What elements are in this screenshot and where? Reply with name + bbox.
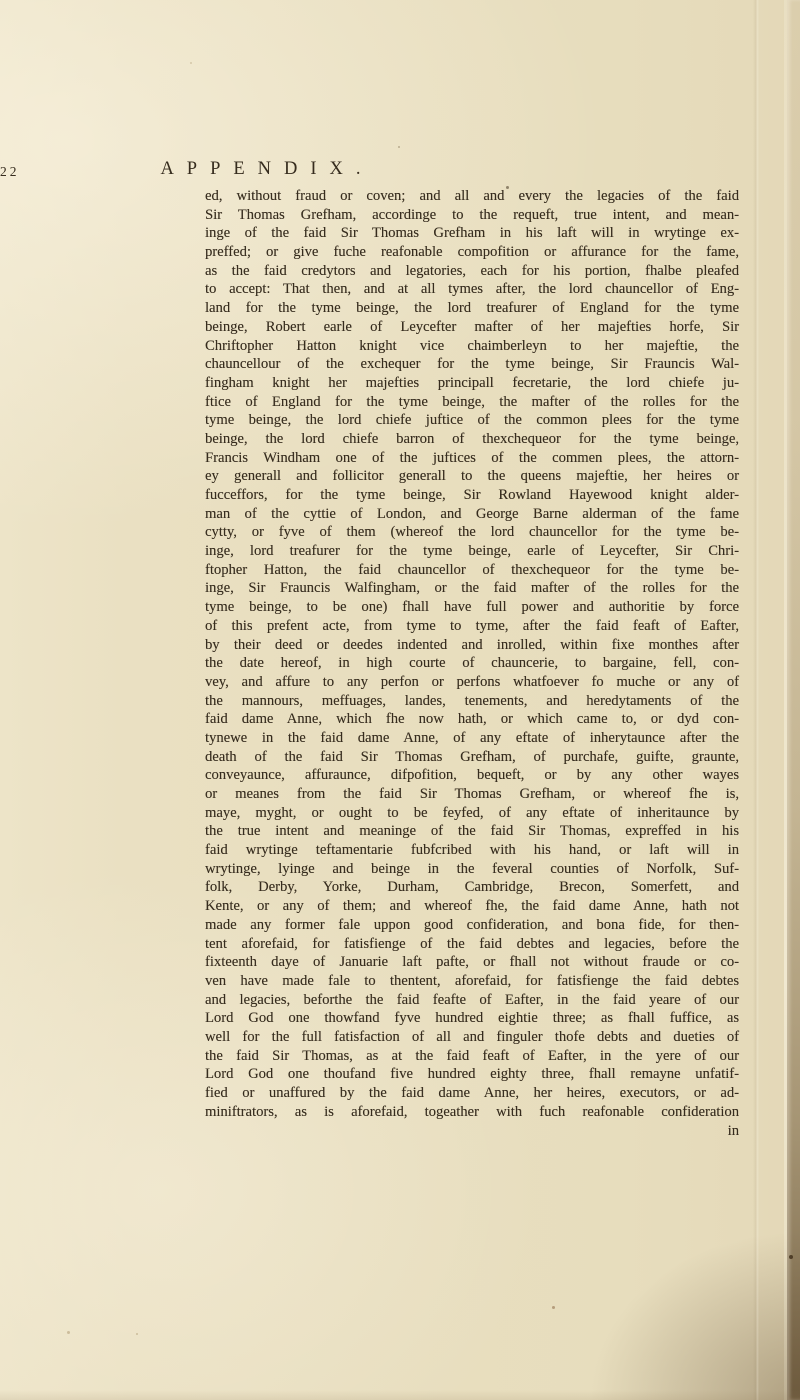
paper-speck: [136, 1333, 138, 1335]
text-line: Lord God one thoufand five hundred eight…: [205, 1065, 739, 1084]
text-line: preffed; or give fuche reafonable compof…: [205, 243, 739, 262]
text-line: inge, Sir Frauncis Walfingham, or the fa…: [205, 579, 739, 598]
text-line: man of the cyttie of London, and George …: [205, 505, 739, 524]
text-line: wrytinge, lyinge and beinge in the fever…: [205, 860, 739, 879]
text-line: the date hereof, in high courte of chaun…: [205, 654, 739, 673]
text-line: well for the full fatisfaction of all an…: [205, 1028, 739, 1047]
body-text: ed, without fraud or coven; and all and …: [205, 187, 739, 1121]
text-line: by their deed or deedes indented and inr…: [205, 636, 739, 655]
text-line: faid wrytinge teftamentarie fubfcribed w…: [205, 841, 739, 860]
text-line: vey, and affure to any perfon or perfons…: [205, 673, 739, 692]
text-line: Chriftopher Hatton knight vice chaimberl…: [205, 337, 739, 356]
text-line: conveyaunce, affuraunce, difpofition, be…: [205, 766, 739, 785]
text-line: the true intent and meaninge of the faid…: [205, 822, 739, 841]
text-line: tynewe in the faid dame Anne, of any eft…: [205, 729, 739, 748]
paper-speck: [398, 146, 400, 148]
paper-speck: [67, 1331, 70, 1334]
catchword: in: [205, 1122, 739, 1141]
page-bottom-shade: [0, 1390, 800, 1400]
text-line: the mannours, meffuages, landes, tenemen…: [205, 692, 739, 711]
text-line: miniftrators, as is aforefaid, togeather…: [205, 1103, 739, 1122]
text-line: tyme beinge, the lord chiefe juftice of …: [205, 411, 739, 430]
text-line: as the faid credytors and legatories, ea…: [205, 262, 739, 281]
text-line: made any former fale uppon good confider…: [205, 916, 739, 935]
text-line: cytty, or fyve of them (whereof the lord…: [205, 523, 739, 542]
text-line: ey generall and follicitor generall to t…: [205, 467, 739, 486]
text-line: tyme beinge, to be one) fhall have full …: [205, 598, 739, 617]
text-line: folk, Derby, Yorke, Durham, Cambridge, B…: [205, 878, 739, 897]
text-line: fingham knight her majefties principall …: [205, 374, 739, 393]
text-line: fucceffors, for the tyme beinge, Sir Row…: [205, 486, 739, 505]
text-line: Sir Thomas Grefham, accordinge to the re…: [205, 206, 739, 225]
text-line: or meanes from the faid Sir Thomas Grefh…: [205, 785, 739, 804]
text-line: Francis Windham one of the juftices of t…: [205, 449, 739, 468]
text-line: chauncellour of the exchequer for the ty…: [205, 355, 739, 374]
text-line: tent aforefaid, for fatisfienge of the f…: [205, 935, 739, 954]
text-line: to accept: That then, and at all tymes a…: [205, 280, 739, 299]
text-line: inge of the faid Sir Thomas Grefham in h…: [205, 224, 739, 243]
text-line: fied or unaffured by the faid dame Anne,…: [205, 1084, 739, 1103]
text-line: beinge, Robert earle of Leycefter mafter…: [205, 318, 739, 337]
paper-speck: [190, 62, 192, 64]
paper-speck: [789, 1255, 793, 1259]
text-line: Kente, or any of them; and whereof fhe, …: [205, 897, 739, 916]
text-line: inge, lord treafurer for the tyme beinge…: [205, 542, 739, 561]
text-line: of this prefent acte, from tyme to tyme,…: [205, 617, 739, 636]
text-line: death of the faid Sir Thomas Grefham, of…: [205, 748, 739, 767]
paper-speck: [552, 1306, 555, 1309]
page-edge-shadow: [787, 0, 800, 1400]
text-line: faid dame Anne, which fhe now hath, or w…: [205, 710, 739, 729]
text-line: fixteenth daye of Januarie laft pafte, o…: [205, 953, 739, 972]
text-line: the faid Sir Thomas, as at the faid feaf…: [205, 1047, 739, 1066]
page-crease: [753, 0, 759, 1400]
page-header-title: APPENDIX.: [0, 159, 534, 180]
scanned-book-page: 22 APPENDIX. ed, without fraud or coven;…: [0, 0, 800, 1400]
text-line: maye, myght, or ought to be feyfed, of a…: [205, 804, 739, 823]
text-line: ed, without fraud or coven; and all and …: [205, 187, 739, 206]
text-line: land for the tyme beinge, the lord treaf…: [205, 299, 739, 318]
text-line: Lord God one thowfand fyve hundred eight…: [205, 1009, 739, 1028]
text-line: ftice of England for the tyme beinge, th…: [205, 393, 739, 412]
text-line: and legacies, beforthe the faid feafte o…: [205, 991, 739, 1010]
text-line: ven have made fale to thentent, aforefai…: [205, 972, 739, 991]
text-line: ftopher Hatton, the faid chauncellor of …: [205, 561, 739, 580]
text-line: beinge, the lord chiefe barron of thexch…: [205, 430, 739, 449]
